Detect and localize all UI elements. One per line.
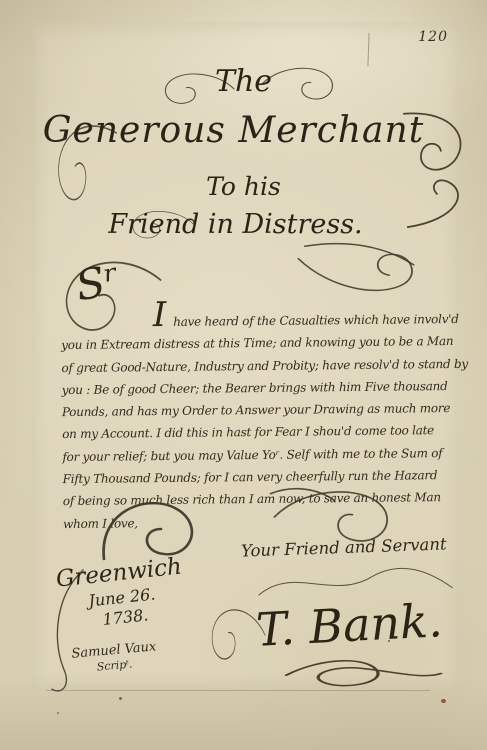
title-line-friend-in-distress: Friend in Distress.: [0, 209, 479, 240]
paper-speck: [119, 697, 122, 700]
title-line-generous-merchant: Generous Merchant: [0, 110, 477, 151]
flourish-signature-left: [208, 600, 268, 670]
signature: T. Bank.: [255, 593, 444, 657]
page-number: 120: [418, 29, 448, 45]
body-line-text: have heard of the Casualties which have …: [173, 312, 459, 329]
body-line: Ihave heard of the Casualties which have…: [153, 301, 457, 333]
paper-speck: [441, 699, 446, 703]
paper-speck: [388, 640, 390, 642]
flourish-distress-right: [292, 238, 420, 300]
flourish-signature-underline: [268, 650, 450, 692]
paper-speck: [57, 712, 59, 714]
title-line-the: The: [0, 64, 487, 99]
salutation: Sʳ: [72, 255, 123, 311]
dateline-block: Greenwich June 26. 1738.: [55, 554, 187, 634]
drop-cap-initial: I: [153, 295, 167, 335]
title-line-to-his: To his: [0, 172, 487, 201]
scanned-page: 120 Sʳ Ihave heard of the Casualties whi…: [0, 0, 487, 750]
